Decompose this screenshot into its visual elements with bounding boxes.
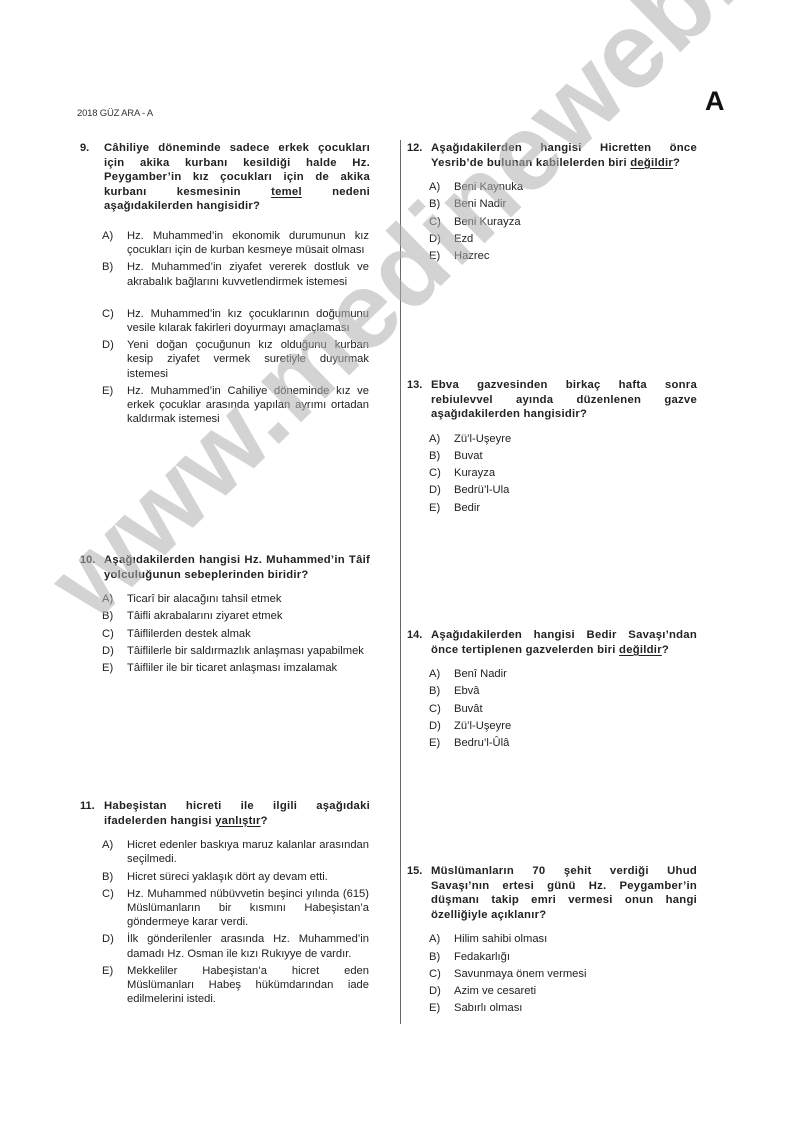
option-e[interactable]: E)Sabırlı olması: [429, 1001, 697, 1015]
question-14: 14. Aşağıdakilerden hangisi Bedir Savaşı…: [407, 628, 697, 753]
option-a[interactable]: A)Zü’l-Uşeyre: [429, 432, 697, 446]
option-a[interactable]: A)Beni Kaynuka: [429, 180, 697, 194]
option-a[interactable]: A)Hz. Muhammed’in ekonomik durumunun kız…: [102, 229, 370, 257]
option-c[interactable]: C)Hz. Muhammed’in kız çocuklarının doğum…: [102, 307, 370, 335]
option-b[interactable]: B)Tâifli akrabalarını ziyaret etmek: [102, 609, 370, 623]
question-number: 10.: [80, 553, 104, 582]
option-e[interactable]: E)Bedru’l-Ûlâ: [429, 736, 697, 750]
option-e[interactable]: E)Tâifliler ile bir ticaret anlaşması im…: [102, 661, 370, 675]
booklet-type: A: [705, 86, 725, 117]
question-stem: Habeşistan hicreti ile ilgili aşağıdaki …: [104, 799, 370, 828]
question-number: 13.: [407, 378, 431, 422]
question-number: 15.: [407, 864, 431, 922]
option-d[interactable]: D)Tâiflilerle bir saldırmazlık anlaşması…: [102, 644, 370, 658]
option-c[interactable]: C)Kurayza: [429, 466, 697, 480]
option-c[interactable]: C)Tâiflilerden destek almak: [102, 627, 370, 641]
question-stem: Aşağıdakilerden hangisi Hz. Muhammed’in …: [104, 553, 370, 582]
option-e[interactable]: E)Bedir: [429, 501, 697, 515]
option-e[interactable]: E)Hazrec: [429, 249, 697, 263]
column-divider: [400, 140, 401, 1024]
emphasis-word: değildir: [630, 157, 673, 169]
option-b[interactable]: B)Ebvâ: [429, 684, 697, 698]
question-13: 13. Ebva gazvesinden birkaç hafta sonra …: [407, 378, 697, 518]
option-a[interactable]: A)Hicret edenler baskıya maruz kalanlar …: [102, 838, 370, 866]
option-b[interactable]: B)Buvat: [429, 449, 697, 463]
question-number: 12.: [407, 141, 431, 170]
question-11: 11. Habeşistan hicreti ile ilgili aşağıd…: [80, 799, 370, 1009]
option-b[interactable]: B)Beni Nadir: [429, 197, 697, 211]
option-c[interactable]: C)Hz. Muhammed nübüvvetin beşinci yılınd…: [102, 887, 370, 930]
question-number: 9.: [80, 141, 104, 214]
option-a[interactable]: A)Benî Nadir: [429, 667, 697, 681]
option-d[interactable]: D)Zü’l-Uşeyre: [429, 719, 697, 733]
option-d[interactable]: D)Azim ve cesareti: [429, 984, 697, 998]
option-e[interactable]: E)Hz. Muhammed’in Cahiliye döneminde kız…: [102, 384, 370, 427]
emphasis-word: yanlıştır: [215, 815, 261, 827]
option-b[interactable]: B)Fedakarlığı: [429, 950, 697, 964]
option-b[interactable]: B)Hicret süreci yaklaşık dört ay devam e…: [102, 870, 370, 884]
question-stem: Aşağıdakilerden hangisi Hicretten önce Y…: [431, 141, 697, 170]
question-stem: Câhiliye döneminde sadece erkek çocuklar…: [104, 141, 370, 214]
option-e[interactable]: E)Mekkeliler Habeşistan’a hicret eden Mü…: [102, 964, 370, 1007]
option-b[interactable]: B)Hz. Muhammed’in ziyafet vererek dostlu…: [102, 260, 370, 288]
exam-label: 2018 GÜZ ARA - A: [77, 108, 153, 119]
option-d[interactable]: D)Ezd: [429, 232, 697, 246]
question-9: 9. Câhiliye döneminde sadece erkek çocuk…: [80, 141, 370, 429]
option-a[interactable]: A)Ticarî bir alacağını tahsil etmek: [102, 592, 370, 606]
question-10: 10. Aşağıdakilerden hangisi Hz. Muhammed…: [80, 553, 370, 678]
question-12: 12. Aşağıdakilerden hangisi Hicretten ön…: [407, 141, 697, 266]
question-15: 15. Müslümanların 70 şehit verdiği Uhud …: [407, 864, 697, 1018]
question-stem: Müslümanların 70 şehit verdiği Uhud Sava…: [431, 864, 697, 922]
emphasis-word: değildir: [619, 644, 662, 656]
option-d[interactable]: D)Yeni doğan çocuğunun kız olduğunu kurb…: [102, 338, 370, 381]
option-a[interactable]: A)Hilim sahibi olması: [429, 932, 697, 946]
option-c[interactable]: C)Beni Kurayza: [429, 215, 697, 229]
question-stem: Aşağıdakilerden hangisi Bedir Savaşı’nda…: [431, 628, 697, 657]
option-c[interactable]: C)Buvât: [429, 702, 697, 716]
option-d[interactable]: D)Bedrü’l-Ula: [429, 483, 697, 497]
emphasis-word: temel: [271, 186, 302, 198]
option-c[interactable]: C)Savunmaya önem vermesi: [429, 967, 697, 981]
question-stem: Ebva gazvesinden birkaç hafta sonra rebi…: [431, 378, 697, 422]
question-number: 14.: [407, 628, 431, 657]
question-number: 11.: [80, 799, 104, 828]
option-d[interactable]: D)İlk gönderilenler arasında Hz. Muhamme…: [102, 932, 370, 960]
